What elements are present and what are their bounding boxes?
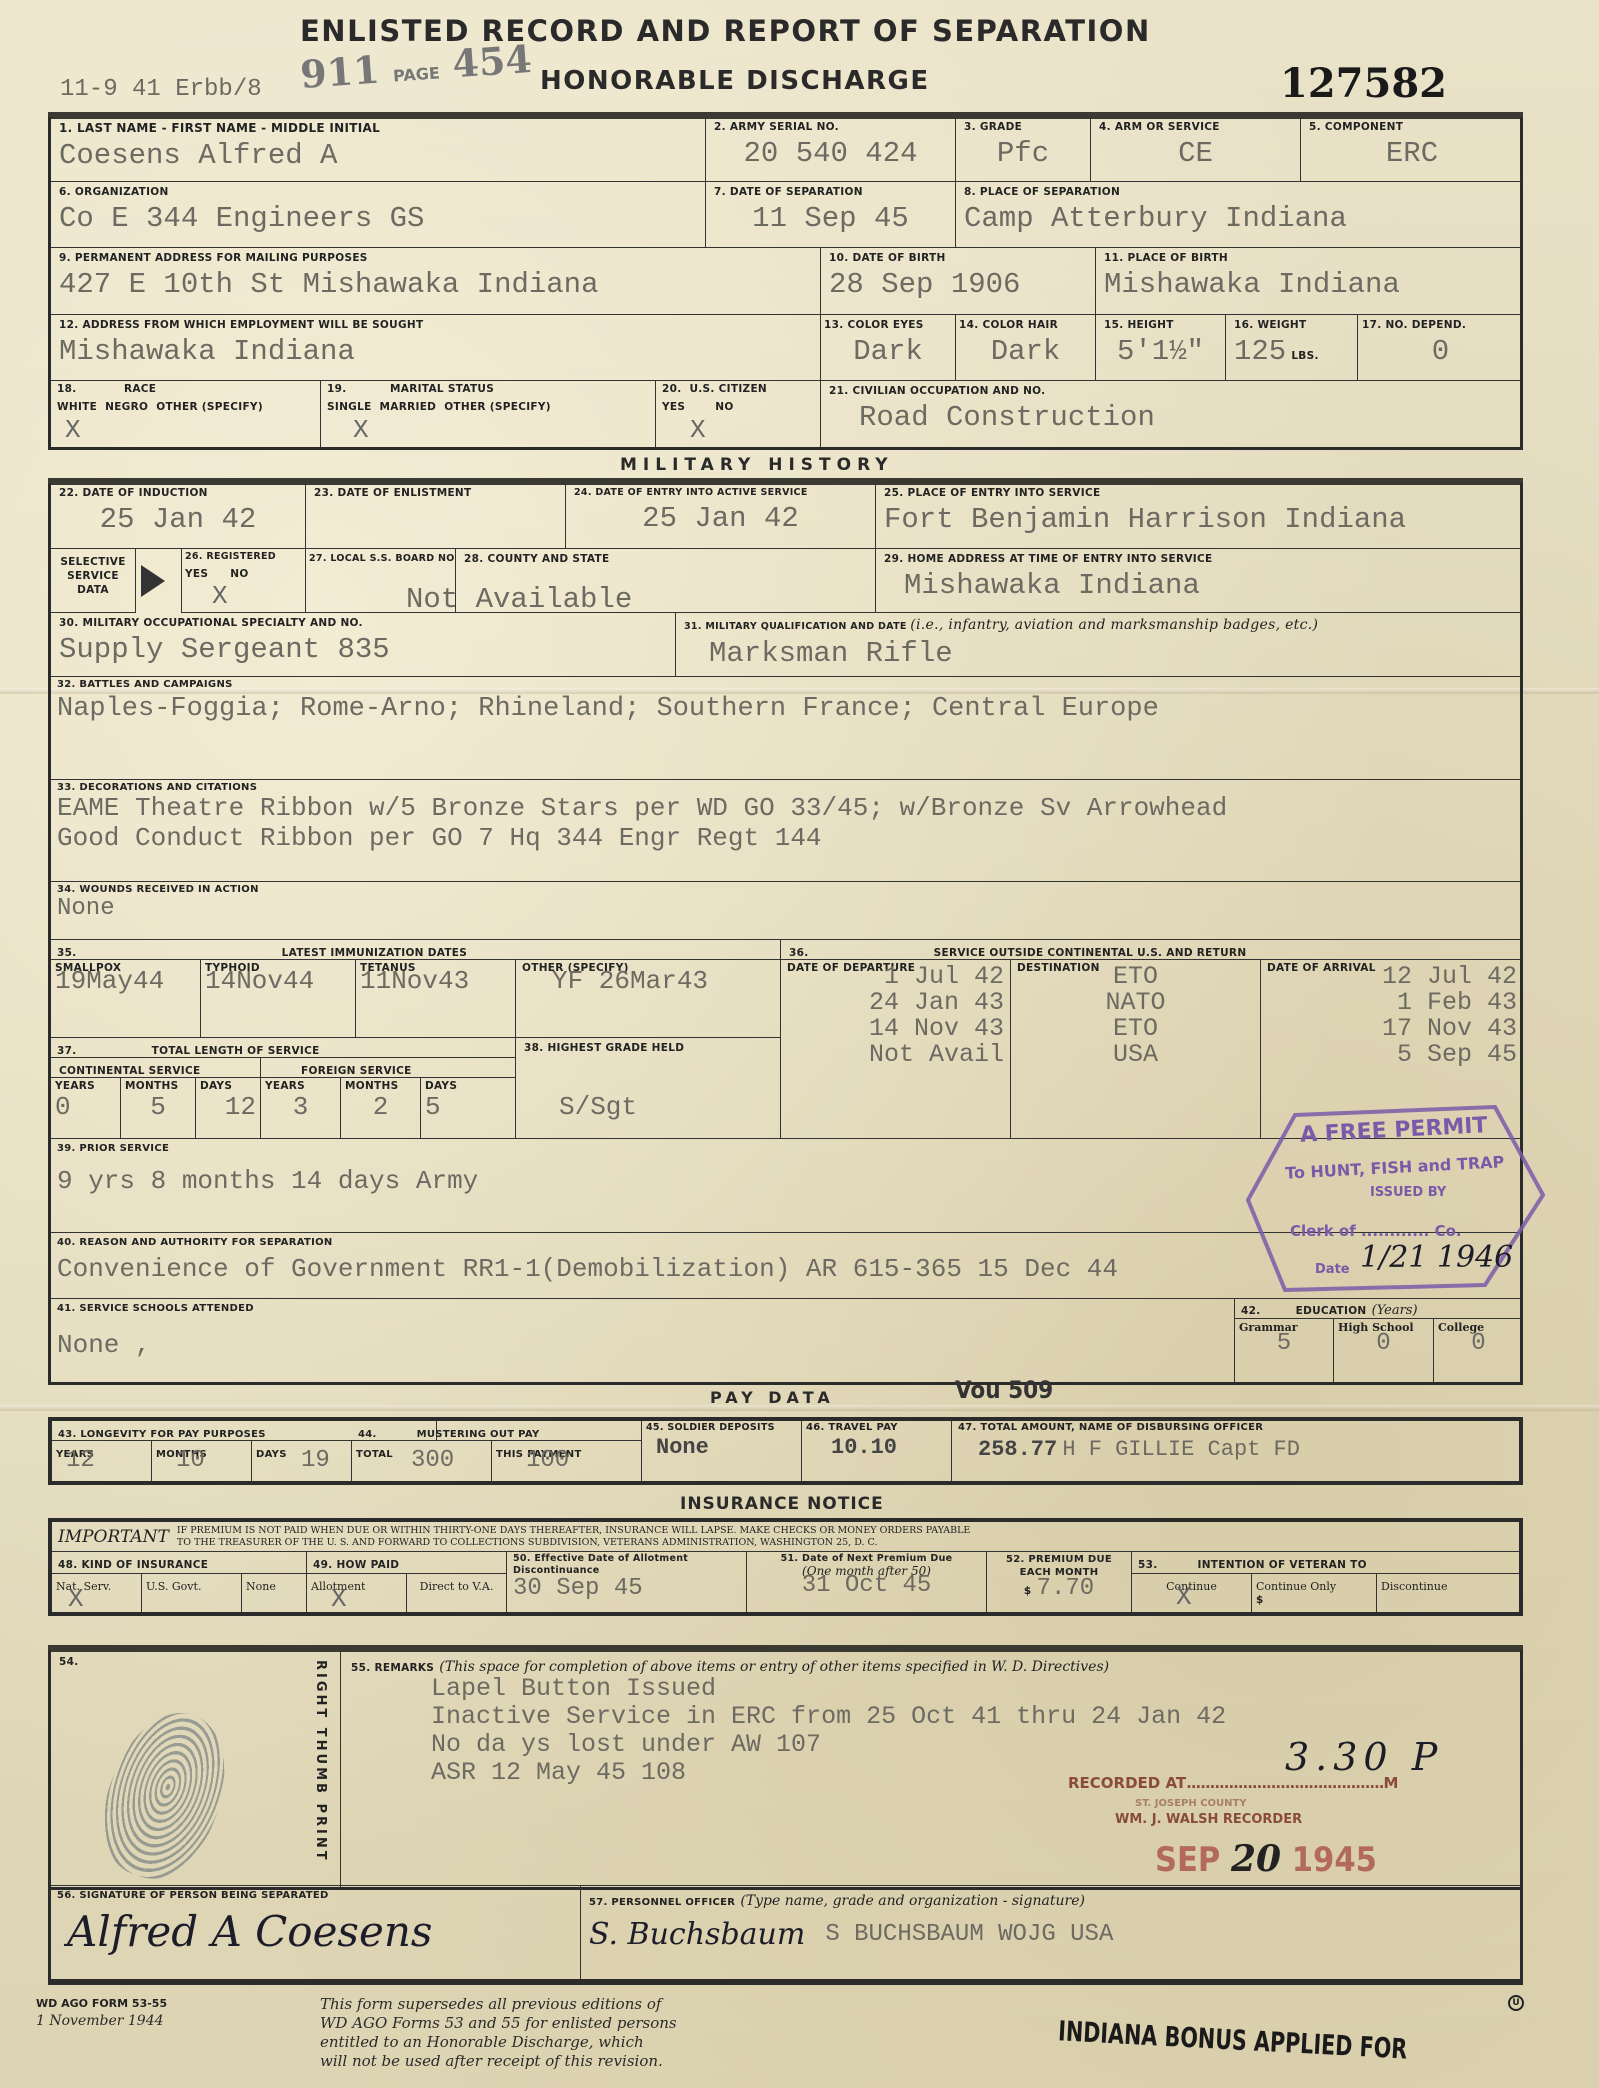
field-label: 4. ARM OR SERVICE (1099, 121, 1292, 133)
arrow-right-icon (141, 565, 165, 597)
field-label: DAYS (425, 1080, 511, 1092)
recorded-label: RECORDED AT (1068, 1774, 1186, 1792)
field-separation-place: 8. PLACE OF SEPARATION Camp Atterbury In… (956, 182, 1523, 248)
field-value: Naples-Foggia; Rome-Arno; Rhineland; Sou… (57, 694, 1517, 724)
currency-symbol: $ (1256, 1594, 1372, 1606)
option-label: Continue Only (1256, 1580, 1336, 1593)
arrival-list: 12 Jul 421 Feb 4317 Nov 435 Sep 45 (1267, 964, 1517, 1068)
field-value: Mishawaka Indiana (904, 569, 1515, 602)
departure-column: DATE OF DEPARTURE 1 Jul 4224 Jan 4314 No… (781, 960, 1011, 1138)
field-value: Co E 344 Engineers GS (59, 202, 697, 235)
page-label: PAGE (393, 63, 441, 85)
field-value: 11Nov43 (360, 966, 511, 996)
clerk-label: Clerk of (1290, 1222, 1356, 1240)
outside-service-header: 36. SERVICE OUTSIDE CONTINENTAL U.S. AND… (781, 940, 1523, 960)
permit-date-handwritten: 1/21 1946 (1360, 1240, 1513, 1275)
thumb-print-label: RIGHT THUMB PRINT (313, 1660, 328, 1863)
continental-header: CONTINENTAL SERVICE (51, 1058, 261, 1078)
supersedes-line: entitled to an Honorable Discharge, whic… (320, 2033, 760, 2052)
field-hair-color: 14. COLOR HAIR Dark (956, 315, 1096, 381)
county-suffix: Co. (1435, 1222, 1462, 1240)
supersedes-line: WD AGO Forms 53 and 55 for enlisted pers… (320, 2014, 760, 2033)
field-value: None , (57, 1330, 1228, 1360)
intention-discontinue[interactable]: Discontinue (1377, 1574, 1519, 1612)
field-value: Dark (824, 335, 952, 368)
field-title: MUSTERING OUT PAY (417, 1429, 540, 1440)
field-value: 10 (176, 1447, 247, 1474)
field-registered: 26. REGISTERED YES NO X (181, 549, 306, 613)
recorded-time-handwritten: 3.30 P (1285, 1735, 1443, 1779)
field-label: 46. TRAVEL PAY (806, 1422, 947, 1433)
destination-list: ETONATOETOUSA (1017, 964, 1254, 1068)
option-single[interactable]: SINGLE (327, 401, 372, 413)
field-value: 300 (411, 1447, 487, 1474)
longevity-years: YEARS12 (52, 1441, 152, 1481)
arrival-date: 17 Nov 43 (1267, 1016, 1517, 1042)
field-label: 34. WOUNDS RECEIVED IN ACTION (57, 884, 1517, 895)
option-no[interactable]: NO (230, 568, 248, 580)
race-options: WHITE NEGRO OTHER (specify) (57, 401, 314, 413)
option-married[interactable]: MARRIED (380, 401, 437, 413)
field-battles: 32. BATTLES AND CAMPAIGNS Naples-Foggia;… (51, 677, 1523, 780)
field-label: 3. GRADE (964, 121, 1082, 133)
field-next-premium: 51. Date of Next Premium Due (One month … (747, 1552, 987, 1612)
education-header: 42. EDUCATION (Years) (1234, 1299, 1523, 1319)
field-value: 11 Sep 45 (714, 202, 947, 235)
field-label: 54. (59, 1656, 332, 1668)
field-separation-date: 7. DATE OF SEPARATION 11 Sep 45 (706, 182, 956, 248)
option-label: Discontinue (1381, 1580, 1447, 1593)
field-value: Pfc (964, 137, 1082, 170)
how-paid-allotment[interactable]: AllotmentX (307, 1574, 407, 1612)
field-number: 44. (358, 1429, 377, 1440)
option-yes[interactable]: YES (185, 568, 208, 580)
field-mos: 30. MILITARY OCCUPATIONAL SPECIALTY AND … (51, 613, 676, 677)
field-value: None (57, 895, 1517, 922)
immunization-header: 35. LATEST IMMUNIZATION DATES (51, 940, 781, 960)
field-dependents: 17. NO. DEPEND. 0 (1358, 315, 1523, 381)
field-label: 2. ARMY SERIAL NO. (714, 121, 947, 133)
option-other[interactable]: OTHER (specify) (156, 401, 263, 413)
currency-symbol: $ (1024, 1585, 1032, 1597)
field-schools: 41. SERVICE SCHOOLS ATTENDED None , (51, 1299, 1234, 1383)
field-decorations: 33. DECORATIONS AND CITATIONS EAME Theat… (51, 780, 1523, 882)
field-label: CONTINENTAL SERVICE (59, 1065, 201, 1077)
field-value: 28 Sep 1906 (829, 268, 1087, 301)
field-label: 22. DATE OF INDUCTION (59, 487, 297, 499)
insurance-us-govt[interactable]: U.S. Govt. (142, 1574, 242, 1612)
important-text-line: TO THE TREASURER OF THE U. S. AND FORWAR… (177, 1537, 970, 1549)
field-value: S/Sgt (559, 1092, 772, 1122)
checkmark-white: X (65, 415, 81, 445)
how-paid-direct[interactable]: Direct to V.A. (407, 1574, 507, 1612)
field-height: 15. HEIGHT 5'1½" (1096, 315, 1226, 381)
permit-line-5: Date (1315, 1262, 1350, 1277)
field-value: 5 (1239, 1330, 1329, 1357)
field-value: 14Nov44 (205, 966, 351, 996)
field-value: 19 (301, 1447, 347, 1474)
intention-continue[interactable]: ContinueX (1132, 1574, 1252, 1612)
field-qualification: 31. MILITARY QUALIFICATION AND DATE (i.e… (676, 613, 1523, 677)
arrival-date: 1 Feb 43 (1267, 990, 1517, 1016)
destination: USA (1017, 1042, 1254, 1068)
arrival-date: 5 Sep 45 (1267, 1042, 1517, 1068)
field-value: Coesens Alfred A (59, 139, 697, 172)
longevity-days: DAYS19 (252, 1441, 352, 1481)
foreign-months: MONTHS2 (341, 1078, 421, 1138)
field-label: 11. PLACE OF BIRTH (1104, 252, 1515, 264)
field-number: 20. (662, 383, 682, 395)
field-premium-due: 52. PREMIUM DUE EACH MONTH $ 7.70 (987, 1552, 1132, 1612)
departure-date: 14 Nov 43 (787, 1016, 1004, 1042)
supersedes-line: This form supersedes all previous editio… (320, 1995, 760, 2014)
field-value: None (656, 1435, 797, 1460)
field-number: 42. (1241, 1305, 1261, 1317)
foreign-years: YEARS3 (261, 1078, 341, 1138)
field-label: 8. PLACE OF SEPARATION (964, 186, 1515, 198)
field-label: 30. MILITARY OCCUPATIONAL SPECIALTY AND … (59, 617, 667, 629)
field-value: Mishawaka Indiana (1104, 268, 1515, 301)
field-label: 13. COLOR EYES (824, 319, 952, 331)
field-label: 9. PERMANENT ADDRESS FOR MAILING PURPOSE… (59, 252, 812, 264)
field-label: 43. LONGEVITY FOR PAY PURPOSES (58, 1429, 266, 1440)
departure-date: 24 Jan 43 (787, 990, 1004, 1016)
mustering-this-payment: THIS PAYMENT100 (492, 1441, 642, 1481)
county-stamp: ST. JOSEPH COUNTY (1135, 1798, 1247, 1809)
education-high-school: High School 0 (1334, 1319, 1434, 1383)
field-race: 18. RACE WHITE NEGRO OTHER (specify) X (51, 381, 321, 447)
field-label: 48. KIND OF INSURANCE (58, 1559, 208, 1571)
registered-options: YES NO (185, 568, 302, 580)
departure-date: Not Avail (787, 1042, 1004, 1068)
field-value: Camp Atterbury Indiana (964, 202, 1515, 235)
field-label: SELECTIVE SERVICE DATA (53, 555, 133, 597)
field-value: 31 Oct 45 (751, 1572, 982, 1599)
form-subtitle: HONORABLE DISCHARGE (540, 66, 930, 96)
longevity-months: MONTHS10 (152, 1441, 252, 1481)
field-number: 36. (789, 947, 809, 959)
field-value: 7.70 (1037, 1575, 1095, 1602)
section-heading-insurance: INSURANCE NOTICE (680, 1494, 884, 1514)
mustering-header: 44.MUSTERING OUT PAY (352, 1421, 642, 1441)
field-title-suffix: (Years) (1372, 1303, 1418, 1318)
field-label: 6. ORGANIZATION (59, 186, 697, 198)
continental-months: MONTHS5 (121, 1078, 196, 1138)
field-title: U.S. CITIZEN (689, 383, 767, 395)
citizen-options: YES NO (662, 401, 814, 413)
continental-days: DAYS12 (196, 1078, 261, 1138)
mustering-total: TOTAL300 (352, 1441, 492, 1481)
option-no[interactable]: NO (715, 401, 733, 413)
immunization-smallpox: SMALLPOX 19May44 (51, 960, 201, 1038)
signature-section: 56. SIGNATURE OF PERSON BEING SEPARATED … (48, 1885, 1523, 1985)
field-title: TOTAL LENGTH OF SERVICE (152, 1045, 320, 1057)
field-title: INTENTION OF VETERAN TO (1198, 1559, 1367, 1571)
field-value: ERC (1309, 137, 1515, 170)
field-home-address: 29. HOME ADDRESS AT TIME OF ENTRY INTO S… (876, 549, 1523, 613)
field-highest-grade: 38. HIGHEST GRADE HELD S/Sgt (516, 1038, 781, 1138)
field-organization: 6. ORGANIZATION Co E 344 Engineers GS (51, 182, 706, 248)
signature-image: S. Buchsbaum (589, 1917, 805, 1952)
field-value: 5 (425, 1092, 511, 1122)
military-history-section: 22. DATE OF INDUCTION 25 Jan 42 23. DATE… (48, 483, 1523, 1138)
field-label: 31. MILITARY QUALIFICATION AND DATE (i.e… (684, 617, 1515, 633)
field-value: 25 Jan 42 (59, 503, 297, 536)
continental-years: YEARS0 (51, 1078, 121, 1138)
field-value: 30 Sep 45 (513, 1575, 740, 1602)
field-value: Marksman Rifle (709, 637, 1515, 670)
field-value: YF 26Mar43 (552, 966, 774, 996)
voucher-number: Vou 509 (955, 1376, 1053, 1404)
union-label-icon: U (1508, 1995, 1524, 2011)
field-value: 3 (265, 1092, 336, 1122)
field-birth-place: 11. PLACE OF BIRTH Mishawaka Indiana (1096, 248, 1523, 315)
field-hint: (Type name, grade and organization - sig… (740, 1893, 1085, 1909)
field-entry-place: 25. PLACE OF ENTRY INTO SERVICE Fort Ben… (876, 483, 1523, 549)
field-label: 25. PLACE OF ENTRY INTO SERVICE (884, 487, 1515, 499)
field-value: 25 Jan 42 (574, 502, 867, 535)
field-label: 56. SIGNATURE OF PERSON BEING SEPARATED (57, 1890, 574, 1901)
field-label: 49. HOW PAID (313, 1559, 399, 1571)
field-hint: (i.e., infantry, aviation and marksmansh… (910, 617, 1318, 633)
immunization-typhoid: TYPHOID 14Nov44 (201, 960, 356, 1038)
marital-options: SINGLE MARRIED OTHER (specify) (327, 401, 649, 413)
destination-column: DESTINATION ETONATOETOUSA (1011, 960, 1261, 1138)
field-civilian-occupation: 21. CIVILIAN OCCUPATION AND NO. Road Con… (821, 381, 1523, 447)
field-label: MONTHS (125, 1080, 191, 1092)
field-label: 10. DATE OF BIRTH (829, 252, 1087, 264)
book-number: 911 (299, 47, 381, 97)
field-name: 1. LAST NAME - FIRST NAME - MIDDLE INITI… (51, 117, 706, 182)
supersedes-line: will not be used after receipt of this r… (320, 2052, 760, 2071)
personal-section: 1. LAST NAME - FIRST NAME - MIDDLE INITI… (48, 117, 1523, 450)
field-value: 12 (66, 1447, 147, 1474)
section-heading-pay-data: PAY DATA (710, 1388, 835, 1407)
field-title: EDUCATION (1296, 1305, 1367, 1317)
field-allotment-discontinuance: 50. Effective Date of Allotment Disconti… (507, 1552, 747, 1612)
field-value: CE (1099, 137, 1292, 170)
field-active-service-date: 24. DATE OF ENTRY INTO ACTIVE SERVICE 25… (566, 483, 876, 549)
field-grade: 3. GRADE Pfc (956, 117, 1091, 182)
field-value: 12 (200, 1092, 256, 1122)
insurance-section: IMPORTANT IF PREMIUM IS NOT PAID WHEN DU… (48, 1518, 1523, 1616)
field-enlistment-date: 23. DATE OF ENLISTMENT (306, 483, 566, 549)
important-label: IMPORTANT (58, 1527, 169, 1547)
field-label: YEARS (55, 1080, 116, 1092)
permit-line-3: ISSUED BY (1370, 1185, 1446, 1200)
remarks-line: Inactive Service in ERC from 25 Oct 41 t… (431, 1703, 1511, 1731)
field-component: 5. COMPONENT ERC (1301, 117, 1523, 182)
supersedes-notice: This form supersedes all previous editio… (320, 1995, 760, 2071)
field-label: 45. SOLDIER DEPOSITS (646, 1422, 797, 1433)
field-label: 14. COLOR HAIR (959, 319, 1092, 331)
pay-data-section: 43. LONGEVITY FOR PAY PURPOSES YEARS12 M… (48, 1417, 1523, 1485)
field-value: 19May44 (55, 966, 196, 996)
field-label: 55. REMARKS (This space for completion o… (351, 1656, 1511, 1675)
field-value: 0 (1338, 1330, 1429, 1357)
field-number: 19. (327, 383, 347, 395)
field-label: 23. DATE OF ENLISTMENT (314, 487, 557, 499)
field-employment-address: 12. ADDRESS FROM WHICH EMPLOYMENT WILL B… (51, 315, 821, 381)
field-value: Mishawaka Indiana (59, 335, 812, 368)
recorded-year: 1945 (1292, 1840, 1377, 1880)
checkmark-single: X (353, 415, 369, 445)
field-birth-date: 10. DATE OF BIRTH 28 Sep 1906 (821, 248, 1096, 315)
officer-signature-row: S. Buchsbaum S BUCHSBAUM WOJG USA (589, 1917, 1513, 1952)
field-label: 26. REGISTERED (185, 551, 302, 562)
field-value: 5 (125, 1092, 191, 1122)
section-heading-military-history: MILITARY HISTORY (620, 455, 894, 475)
intention-continue-only[interactable]: Continue Only$ (1252, 1574, 1377, 1612)
field-value: 0 (55, 1092, 116, 1122)
field-value: Road Construction (859, 401, 1515, 434)
field-induction-date: 22. DATE OF INDUCTION 25 Jan 42 (51, 483, 306, 549)
field-title: SERVICE OUTSIDE CONTINENTAL U.S. AND RET… (934, 947, 1247, 959)
departure-list: 1 Jul 4224 Jan 4314 Nov 43Not Avail (787, 964, 1004, 1068)
disbursing-officer-value: H F GILLIE Capt FD (1062, 1437, 1300, 1462)
foreign-days: DAYS5 (421, 1078, 516, 1138)
field-value: 0 (1438, 1330, 1519, 1357)
field-personnel-officer: 57. PERSONNEL OFFICER (Type name, grade … (581, 1886, 1521, 1980)
field-label: 20. U.S. CITIZEN (662, 383, 814, 395)
field-total-amount: 47. TOTAL AMOUNT, NAME OF DISBURSING OFF… (952, 1421, 1519, 1481)
checkmark: X (331, 1584, 347, 1612)
checkmark-yes: X (690, 415, 706, 445)
page-number: 454 (451, 36, 533, 86)
field-hint: (This space for completion of above item… (439, 1659, 1109, 1675)
important-text-line: IF PREMIUM IS NOT PAID WHEN DUE OR WITHI… (177, 1525, 970, 1537)
field-label: 28. COUNTY AND STATE (464, 553, 867, 565)
foreign-header: FOREIGN SERVICE (261, 1058, 516, 1078)
immunization-tetanus: TETANUS 11Nov43 (356, 960, 516, 1038)
field-serial: 2. ARMY SERIAL NO. 20 540 424 (706, 117, 956, 182)
service-length-header: 37. TOTAL LENGTH OF SERVICE (51, 1038, 516, 1058)
field-label: 21. CIVILIAN OCCUPATION AND NO. (829, 385, 1515, 397)
insurance-important-notice: IMPORTANT IF PREMIUM IS NOT PAID WHEN DU… (52, 1522, 1519, 1552)
field-label-text: 55. REMARKS (351, 1662, 434, 1674)
important-text: IF PREMIUM IS NOT PAID WHEN DUE OR WITHI… (177, 1525, 970, 1549)
field-mailing-address: 9. PERMANENT ADDRESS FOR MAILING PURPOSE… (51, 248, 821, 315)
document-number: 127582 (1280, 60, 1447, 107)
intention-header: 53.INTENTION OF VETERAN TO (1132, 1552, 1519, 1574)
field-number: 53. (1138, 1559, 1158, 1571)
destination: ETO (1017, 1016, 1254, 1042)
book-reference-stamp: 11-9 41 Erbb/8 (60, 76, 262, 103)
field-title: RACE (124, 383, 156, 395)
remarks-line: Lapel Button Issued (431, 1675, 1511, 1703)
field-number: 35. (57, 947, 77, 959)
field-marital-status: 19. MARITAL STATUS SINGLE MARRIED OTHER … (321, 381, 656, 447)
field-number: 18. (57, 383, 77, 395)
selective-service-label: SELECTIVE SERVICE DATA (51, 549, 136, 613)
field-label: 5. COMPONENT (1309, 121, 1515, 133)
field-separated-signature: 56. SIGNATURE OF PERSON BEING SEPARATED … (51, 1886, 581, 1980)
field-label: 1. LAST NAME - FIRST NAME - MIDDLE INITI… (59, 121, 697, 135)
indiana-bonus-stamp: INDIANA BONUS APPLIED FOR (1057, 2016, 1408, 2065)
field-value: 20 540 424 (714, 137, 947, 170)
field-label: 16. WEIGHT (1234, 319, 1349, 331)
field-label: DAYS (200, 1080, 256, 1092)
field-label: 7. DATE OF SEPARATION (714, 186, 947, 198)
field-value-line: EAME Theatre Ribbon w/5 Bronze Stars per… (57, 793, 1517, 823)
option-label: Direct to V.A. (420, 1580, 494, 1593)
field-label: 57. PERSONNEL OFFICER (Type name, grade … (589, 1890, 1513, 1909)
field-value: Supply Sergeant 835 (59, 633, 667, 666)
form-date: 1 November 1944 (36, 2012, 164, 2031)
field-eye-color: 13. COLOR EYES Dark (821, 315, 956, 381)
field-label: TOTAL (356, 1449, 393, 1460)
field-value: 5'1½" (1104, 335, 1217, 368)
field-arm: 4. ARM OR SERVICE CE (1091, 117, 1301, 182)
field-label: 47. TOTAL AMOUNT, NAME OF DISBURSING OFF… (958, 1422, 1513, 1433)
field-label: 15. HEIGHT (1104, 319, 1217, 331)
field-label-text: 31. MILITARY QUALIFICATION AND DATE (684, 621, 907, 632)
field-label: 41. SERVICE SCHOOLS ATTENDED (57, 1303, 1228, 1314)
field-value: 10.10 (831, 1435, 947, 1460)
field-travel-pay: 46. TRAVEL PAY10.10 (802, 1421, 952, 1481)
field-label: 17. NO. DEPEND. (1362, 319, 1519, 331)
total-amount-value: 258.77 (978, 1437, 1057, 1462)
form-id: WD AGO FORM 53-55 (36, 1997, 167, 2010)
field-wounds: 34. WOUNDS RECEIVED IN ACTION None (51, 882, 1523, 940)
field-label: DAYS (256, 1449, 287, 1460)
field-label: 51. Date of Next Premium Due (751, 1553, 982, 1564)
insurance-kind-header: 48. KIND OF INSURANCE (52, 1552, 307, 1574)
destination: NATO (1017, 990, 1254, 1016)
field-label: 38. HIGHEST GRADE HELD (524, 1042, 772, 1054)
field-label: 50. Effective Date of Allotment Disconti… (513, 1553, 740, 1577)
recorder-stamp: WM. J. WALSH RECORDER (1115, 1812, 1302, 1827)
checkmark-yes: X (212, 581, 228, 611)
insurance-nat-serv[interactable]: Nat. Serv.X (52, 1574, 142, 1612)
option-white[interactable]: WHITE (57, 401, 97, 413)
permit-line-4: Clerk of ............ Co. (1290, 1222, 1462, 1240)
recorded-month: SEP (1155, 1840, 1220, 1880)
field-value: 125 (1234, 335, 1286, 368)
education-college: College 0 (1434, 1319, 1523, 1383)
field-citizen: 20. U.S. CITIZEN YES NO X (656, 381, 821, 447)
field-number: 37. (57, 1045, 77, 1057)
field-value-line: Good Conduct Ribbon per GO 7 Hq 344 Engr… (57, 823, 1517, 853)
officer-typed-name: S BUCHSBAUM WOJG USA (825, 1921, 1113, 1948)
how-paid-header: 49. HOW PAID (307, 1552, 507, 1574)
field-label: 32. BATTLES AND CAMPAIGNS (57, 679, 1517, 690)
option-label: U.S. Govt. (146, 1580, 201, 1593)
signature-image: Alfred A Coesens (67, 1907, 574, 1956)
recorded-date-stamp: SEP 20 1945 (1155, 1838, 1377, 1880)
field-label: YEARS (265, 1080, 336, 1092)
field-value: 2 (345, 1092, 416, 1122)
weight-unit: LBS. (1291, 350, 1318, 362)
education-grammar: Grammar 5 (1234, 1319, 1334, 1383)
option-negro[interactable]: NEGRO (105, 401, 148, 413)
field-label: 27. LOCAL S.S. BOARD NO. (309, 553, 452, 564)
field-label: 18. RACE (57, 383, 314, 395)
field-weight: 16. WEIGHT 125 LBS. (1226, 315, 1358, 381)
field-value: Fort Benjamin Harrison Indiana (884, 503, 1515, 536)
insurance-none[interactable]: None (242, 1574, 307, 1612)
option-other[interactable]: OTHER (specify) (444, 401, 551, 413)
option-yes[interactable]: YES (662, 401, 685, 413)
checkmark: X (68, 1584, 84, 1612)
option-label: None (246, 1580, 276, 1593)
field-value: Dark (959, 335, 1092, 368)
field-label: 33. DECORATIONS AND CITATIONS (57, 782, 1517, 793)
field-title: MARITAL STATUS (390, 383, 494, 395)
field-soldier-deposits: 45. SOLDIER DEPOSITSNone (642, 1421, 802, 1481)
immunization-other: OTHER (specify) YF 26Mar43 (516, 960, 781, 1038)
field-label-text: 57. PERSONNEL OFFICER (589, 1897, 735, 1908)
